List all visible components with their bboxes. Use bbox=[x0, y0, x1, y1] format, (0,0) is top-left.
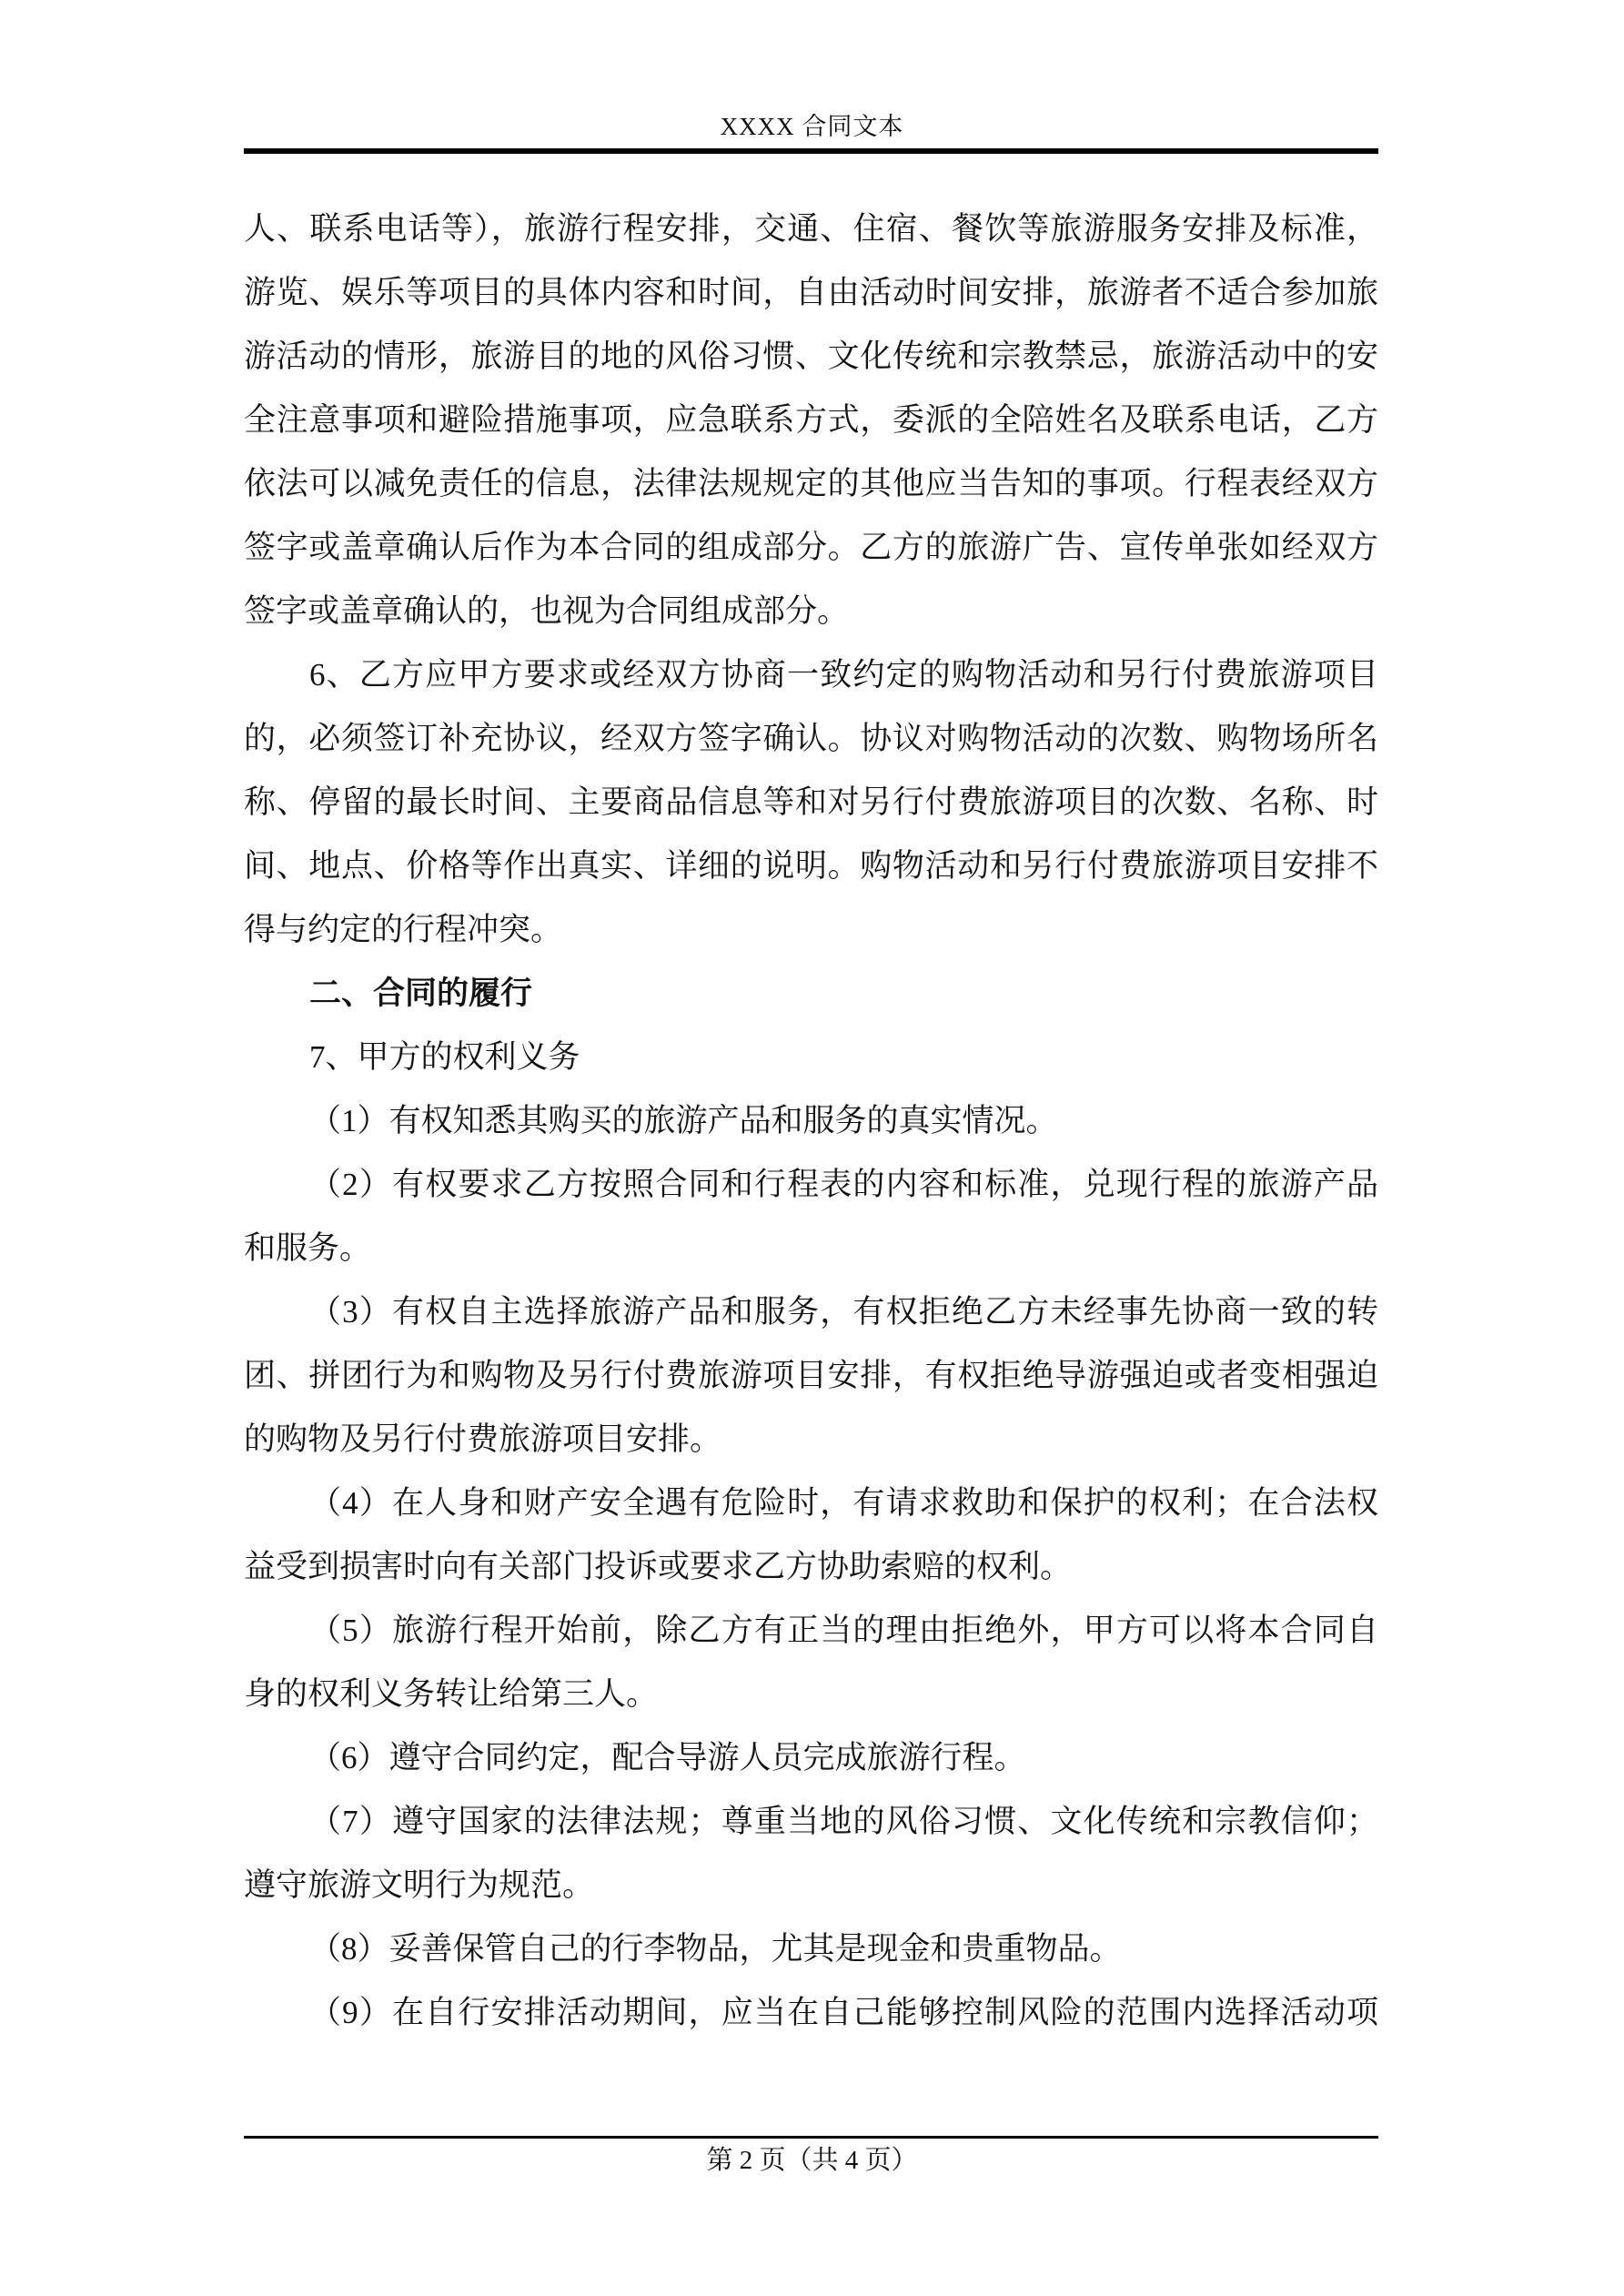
contract-text-line: （3）有权自主选择旅游产品和服务，有权拒绝乙方未经事先协商一致的转 bbox=[244, 1280, 1378, 1344]
contract-text-line: 的，必须签订补充协议，经双方签字确认。协议对购物活动的次数、购物场所名 bbox=[244, 707, 1378, 771]
contract-text-line: 人、联系电话等），旅游行程安排，交通、住宿、餐饮等旅游服务安排及标准， bbox=[244, 197, 1378, 261]
contract-text-line: （2）有权要求乙方按照合同和行程表的内容和标准，兑现行程的旅游产品 bbox=[244, 1153, 1378, 1217]
contract-text-line: 游览、娱乐等项目的具体内容和时间，自由活动时间安排，旅游者不适合参加旅 bbox=[244, 261, 1378, 325]
footer-page-number: 第 2 页（共 4 页） bbox=[0, 2144, 1624, 2177]
contract-text-line: （8）妥善保管自己的行李物品，尤其是现金和贵重物品。 bbox=[244, 1917, 1378, 1981]
contract-text-line: 全注意事项和避险措施事项，应急联系方式，委派的全陪姓名及联系电话，乙方 bbox=[244, 389, 1378, 452]
contract-text-line: 称、停留的最长时间、主要商品信息等和对另行付费旅游项目的次数、名称、时 bbox=[244, 771, 1378, 834]
contract-text-line: 益受到损害时向有关部门投诉或要求乙方协助索赔的权利。 bbox=[244, 1535, 1378, 1599]
contract-text-line: （5）旅游行程开始前，除乙方有正当的理由拒绝外，甲方可以将本合同自 bbox=[244, 1599, 1378, 1663]
contract-text-line: 签字或盖章确认的，也视为合同组成部分。 bbox=[244, 580, 1378, 643]
contract-text-line: 依法可以减免责任的信息，法律法规规定的其他应当告知的事项。行程表经双方 bbox=[244, 452, 1378, 516]
page-header-title: XXXX 合同文本 bbox=[0, 112, 1624, 141]
contract-text-line: （9）在自行安排活动期间，应当在自己能够控制风险的范围内选择活动项 bbox=[244, 1981, 1378, 2045]
contract-text-line: 得与约定的行程冲突。 bbox=[244, 898, 1378, 962]
footer-rule bbox=[244, 2136, 1378, 2139]
contract-text-line: 团、拼团行为和购物及另行付费旅游项目安排，有权拒绝导游强迫或者变相强迫 bbox=[244, 1344, 1378, 1408]
contract-text-line: （7）遵守国家的法律法规；尊重当地的风俗习惯、文化传统和宗教信仰； bbox=[244, 1790, 1378, 1854]
contract-text-line: 7、甲方的权利义务 bbox=[244, 1026, 1378, 1089]
contract-text-line: （1）有权知悉其购买的旅游产品和服务的真实情况。 bbox=[244, 1089, 1378, 1153]
contract-text-line: （4）在人身和财产安全遇有危险时，有请求救助和保护的权利；在合法权 bbox=[244, 1472, 1378, 1535]
contract-text-line: 身的权利义务转让给第三人。 bbox=[244, 1663, 1378, 1726]
contract-body-text: 人、联系电话等），旅游行程安排，交通、住宿、餐饮等旅游服务安排及标准，游览、娱乐… bbox=[244, 197, 1378, 2045]
header-rule bbox=[244, 148, 1378, 154]
contract-text-line: 遵守旅游文明行为规范。 bbox=[244, 1854, 1378, 1917]
contract-text-line: 6、乙方应甲方要求或经双方协商一致约定的购物活动和另行付费旅游项目 bbox=[244, 643, 1378, 707]
contract-text-line: 游活动的情形，旅游目的地的风俗习惯、文化传统和宗教禁忌，旅游活动中的安 bbox=[244, 325, 1378, 389]
contract-text-line: 的购物及另行付费旅游项目安排。 bbox=[244, 1408, 1378, 1472]
contract-text-line: 签字或盖章确认后作为本合同的组成部分。乙方的旅游广告、宣传单张如经双方 bbox=[244, 516, 1378, 580]
contract-text-line: 二、合同的履行 bbox=[244, 962, 1378, 1026]
contract-document-page: XXXX 合同文本 人、联系电话等），旅游行程安排，交通、住宿、餐饮等旅游服务安… bbox=[0, 0, 1624, 2296]
contract-text-line: 和服务。 bbox=[244, 1217, 1378, 1280]
contract-text-line: 间、地点、价格等作出真实、详细的说明。购物活动和另行付费旅游项目安排不 bbox=[244, 834, 1378, 898]
contract-text-line: （6）遵守合同约定，配合导游人员完成旅游行程。 bbox=[244, 1726, 1378, 1790]
